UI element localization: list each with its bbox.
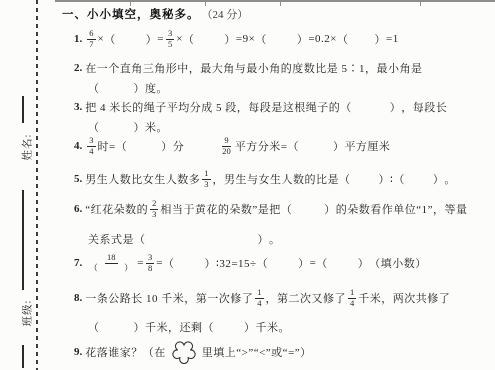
answer-blank: （） — [255, 31, 308, 47]
student-name-label: 姓名: — [20, 134, 35, 161]
question-6-line-2: 关系式是（）。 — [88, 231, 281, 247]
answer-blank: （） — [287, 138, 344, 154]
answer-gap — [328, 263, 358, 264]
answer-gap — [349, 39, 375, 40]
answer-blank: （） — [257, 255, 310, 271]
answer-gap — [100, 88, 134, 89]
question-9: 9.花落谁家？（在里填上“>”“<”或“=”） — [74, 338, 312, 366]
text-run: 关系式是 — [88, 231, 134, 247]
text-run: = — [310, 257, 317, 269]
fraction-denominator: 5 — [166, 40, 174, 50]
flower-shape-icon — [168, 339, 200, 365]
question-7: 7.18（）=38=（）∶32=15÷（）=（）（填小数） — [74, 249, 427, 277]
paren-close: ） — [204, 255, 216, 271]
text-run: 花落谁家？（在 — [85, 344, 166, 360]
text-run: 分 — [173, 138, 185, 154]
paren-close: ） — [134, 80, 146, 96]
paren-open: （ — [339, 171, 351, 187]
paren-open: （ — [281, 201, 293, 217]
text-run: ∶32=15÷ — [216, 257, 257, 270]
question-number: 8. — [74, 292, 82, 304]
paren-open: （ — [337, 31, 349, 47]
paren-open: （ — [89, 264, 98, 274]
rule-tick — [420, 2, 421, 6]
fraction: 13 — [202, 169, 210, 190]
bottom-blank-line — [22, 345, 24, 368]
fraction-denominator: （） — [87, 264, 135, 274]
paren-open: （ — [316, 255, 328, 271]
answer-gap — [268, 263, 298, 264]
answer-gap — [194, 39, 224, 40]
text-run: 里填上“>”“<”或“=”） — [202, 344, 312, 360]
text-run: “红花朵数的 — [85, 201, 148, 217]
text-run: 度。 — [145, 80, 168, 96]
paren-open: （ — [116, 138, 128, 154]
text-run: 千米，还剩 — [145, 319, 203, 335]
answer-blank: （） — [281, 201, 336, 217]
paren-open: （ — [88, 80, 100, 96]
paren-close: ） — [333, 138, 345, 154]
paren-close: ） — [258, 231, 270, 247]
paren-close: ） — [324, 201, 336, 217]
section-score: （24 分） — [202, 6, 249, 22]
fraction-denominator: 8 — [146, 264, 154, 274]
text-run: =1 — [386, 33, 399, 45]
answer-gap — [174, 263, 204, 264]
fraction: 14 — [348, 288, 356, 309]
question-number: 3. — [74, 101, 82, 113]
fraction-denominator: 3 — [202, 180, 210, 190]
paren-open: （ — [257, 255, 269, 271]
text-run: 。 — [269, 231, 281, 247]
paren-open: （ — [104, 31, 116, 47]
answer-blank: （） — [116, 138, 173, 154]
answer-blank: （） — [393, 171, 444, 187]
answer-gap — [405, 179, 433, 180]
fraction-numerator: 1 — [202, 169, 210, 180]
paren-close: ） — [433, 171, 445, 187]
question-number: 7. — [74, 257, 82, 269]
fraction-denominator: 4 — [87, 147, 95, 157]
paren-open: （ — [134, 231, 146, 247]
answer-gap — [100, 327, 134, 328]
text-run: 千米，两次共修了 — [358, 290, 450, 306]
answer-gap — [184, 146, 218, 147]
class-blank-line — [22, 190, 24, 290]
text-run: ，男生与女生人数的比是 — [213, 171, 340, 187]
section-title: 一、小小填空，奥秘多。（24 分） — [62, 6, 248, 22]
paren-close: ） — [379, 171, 391, 187]
fraction: 23 — [150, 199, 158, 220]
paren-close: ） — [224, 31, 236, 47]
name-blank-line — [22, 96, 24, 123]
paren-open: （ — [163, 255, 175, 271]
paren-open: （ — [88, 319, 100, 335]
question-2-line-2: （）度。 — [88, 80, 168, 96]
answer-gap — [267, 39, 297, 40]
question-number: 6. — [74, 203, 82, 215]
question-5: 5.男生人数比女生人数多13，男生与女生人数的比是（）∶（）。 — [74, 166, 456, 192]
question-number: 1. — [74, 33, 82, 45]
fraction-numerator: 3 — [146, 253, 154, 264]
text-run: 男生人数比女生人数多 — [85, 171, 200, 187]
text-run: = — [137, 257, 144, 269]
fraction: 18（） — [87, 253, 135, 274]
paren-close: ） — [146, 31, 158, 47]
paren-close: ） — [375, 31, 387, 47]
answer-blank: （） — [134, 231, 269, 247]
answer-gap — [214, 327, 244, 328]
question-2-line-1: 2.在一个直角三角形中，最大角与最小角的度数比是 5∶1，最小角是 — [74, 60, 423, 76]
text-run: = — [156, 257, 163, 269]
fraction-denominator: 7 — [87, 40, 95, 50]
text-run: 。 — [444, 171, 456, 187]
fraction-numerator: 1 — [255, 288, 263, 299]
text-run: × — [98, 33, 105, 45]
text-run: × — [176, 33, 183, 45]
question-3-line-1: 3.把 4 米长的绳子平均分成 5 段，每段是这根绳子的（），每段长 — [74, 99, 447, 115]
answer-blank: （） — [88, 80, 145, 96]
fraction-numerator: 18 — [105, 253, 118, 264]
text-run: =0.2× — [308, 33, 337, 45]
paren-open: （ — [203, 319, 215, 335]
paren-close: ） — [244, 319, 256, 335]
fraction-denominator: 4 — [255, 299, 263, 309]
answer-gap — [100, 127, 134, 128]
page-top-rule — [55, 0, 495, 2]
margin-dashed-line — [36, 0, 38, 370]
answer-gap — [116, 39, 146, 40]
answer-blank: （） — [203, 319, 256, 335]
paren-close: ） — [298, 255, 310, 271]
paren-close: ） — [390, 99, 402, 115]
fraction-numerator: 9 — [222, 136, 230, 147]
fraction-numerator: 6 — [87, 29, 95, 40]
answer-blank: （） — [340, 99, 401, 115]
fraction: 14 — [255, 288, 263, 309]
answer-blank: （） — [104, 31, 157, 47]
fraction: 34 — [87, 136, 95, 157]
question-number: 5. — [74, 173, 82, 185]
text-run: 时= — [98, 138, 116, 154]
text-run: 平方分米= — [235, 138, 288, 154]
exam-paper-page: 姓名: 班级: 一、小小填空，奥秘多。（24 分） 1.67×（）=35×（）=… — [0, 0, 495, 370]
text-run: 的朵数看作单位“1”，等量 — [336, 201, 468, 217]
text-run: ，第二次又修了 — [266, 290, 347, 306]
paren-open: （ — [183, 31, 195, 47]
fraction: 35 — [166, 29, 174, 50]
paren-open: （ — [287, 138, 299, 154]
question-8-line-2: （）千米，还剩（）千米。 — [88, 319, 290, 335]
paren-close: ） — [161, 138, 173, 154]
fraction: 920 — [220, 136, 233, 157]
fraction: 38 — [146, 253, 154, 274]
paren-close: ） — [297, 31, 309, 47]
answer-blank: （） — [339, 171, 390, 187]
question-1: 1.67×（）=35×（）=9×（）=0.2×（）=1 — [74, 27, 399, 51]
question-6-line-1: 6.“红花朵数的23相当于黄花的朵数”是把（）的朵数看作单位“1”，等量 — [74, 196, 468, 222]
text-run: 在一个直角三角形中，最大角与最小角的度数比是 5∶1，最小角是 — [85, 60, 422, 76]
text-run: 把 4 米长的绳子平均分成 5 段，每段是这根绳子的 — [85, 99, 340, 115]
paren-open: （ — [340, 99, 352, 115]
paren-close: ） — [124, 264, 133, 274]
fraction-denominator: 20 — [220, 147, 233, 157]
question-number: 9. — [74, 346, 82, 358]
answer-gap — [127, 146, 161, 147]
answer-gap — [146, 239, 258, 240]
answer-blank: （） — [163, 255, 216, 271]
question-number: 4. — [74, 140, 82, 152]
fraction-numerator: 1 — [348, 288, 356, 299]
flower-shape — [168, 339, 200, 365]
question-8-line-1: 8.一条公路长 10 千米，第一次修了14，第二次又修了14千米，两次共修了 — [74, 285, 450, 311]
fraction-numerator: 3 — [87, 136, 95, 147]
text-run: = — [157, 33, 164, 45]
fraction-denominator: 3 — [150, 210, 158, 220]
text-run: （填小数） — [369, 255, 427, 271]
answer-blank: （） — [316, 255, 369, 271]
answer-gap — [292, 209, 324, 210]
rule-tick — [280, 2, 281, 6]
answer-blank: （） — [337, 31, 386, 47]
fraction-numerator: 2 — [150, 199, 158, 210]
text-run: 相当于黄花的朵数”是把 — [160, 201, 280, 217]
answer-gap — [299, 146, 333, 147]
question-4: 4.34时=（）分920平方分米=（）平方厘米 — [74, 133, 390, 159]
fraction-denominator: 4 — [348, 299, 356, 309]
text-run: =9× — [236, 33, 255, 45]
paren-close: ） — [358, 255, 370, 271]
paren-close: ） — [134, 319, 146, 335]
student-class-label: 班级: — [20, 300, 35, 327]
section-title-text: 一、小小填空，奥秘多。 — [62, 6, 200, 22]
answer-blank: （） — [183, 31, 236, 47]
question-number: 2. — [74, 62, 82, 74]
fraction: 67 — [87, 29, 95, 50]
text-run: ，每段长 — [401, 99, 447, 115]
fraction-numerator: 3 — [166, 29, 174, 40]
paren-open: （ — [393, 171, 405, 187]
answer-gap — [98, 268, 124, 269]
answer-gap — [352, 107, 390, 108]
text-run: 平方厘米 — [344, 138, 390, 154]
answer-blank: （） — [88, 319, 145, 335]
paren-open: （ — [255, 31, 267, 47]
text-run: 一条公路长 10 千米，第一次修了 — [85, 290, 253, 306]
answer-gap — [351, 179, 379, 180]
text-run: 千米。 — [256, 319, 291, 335]
